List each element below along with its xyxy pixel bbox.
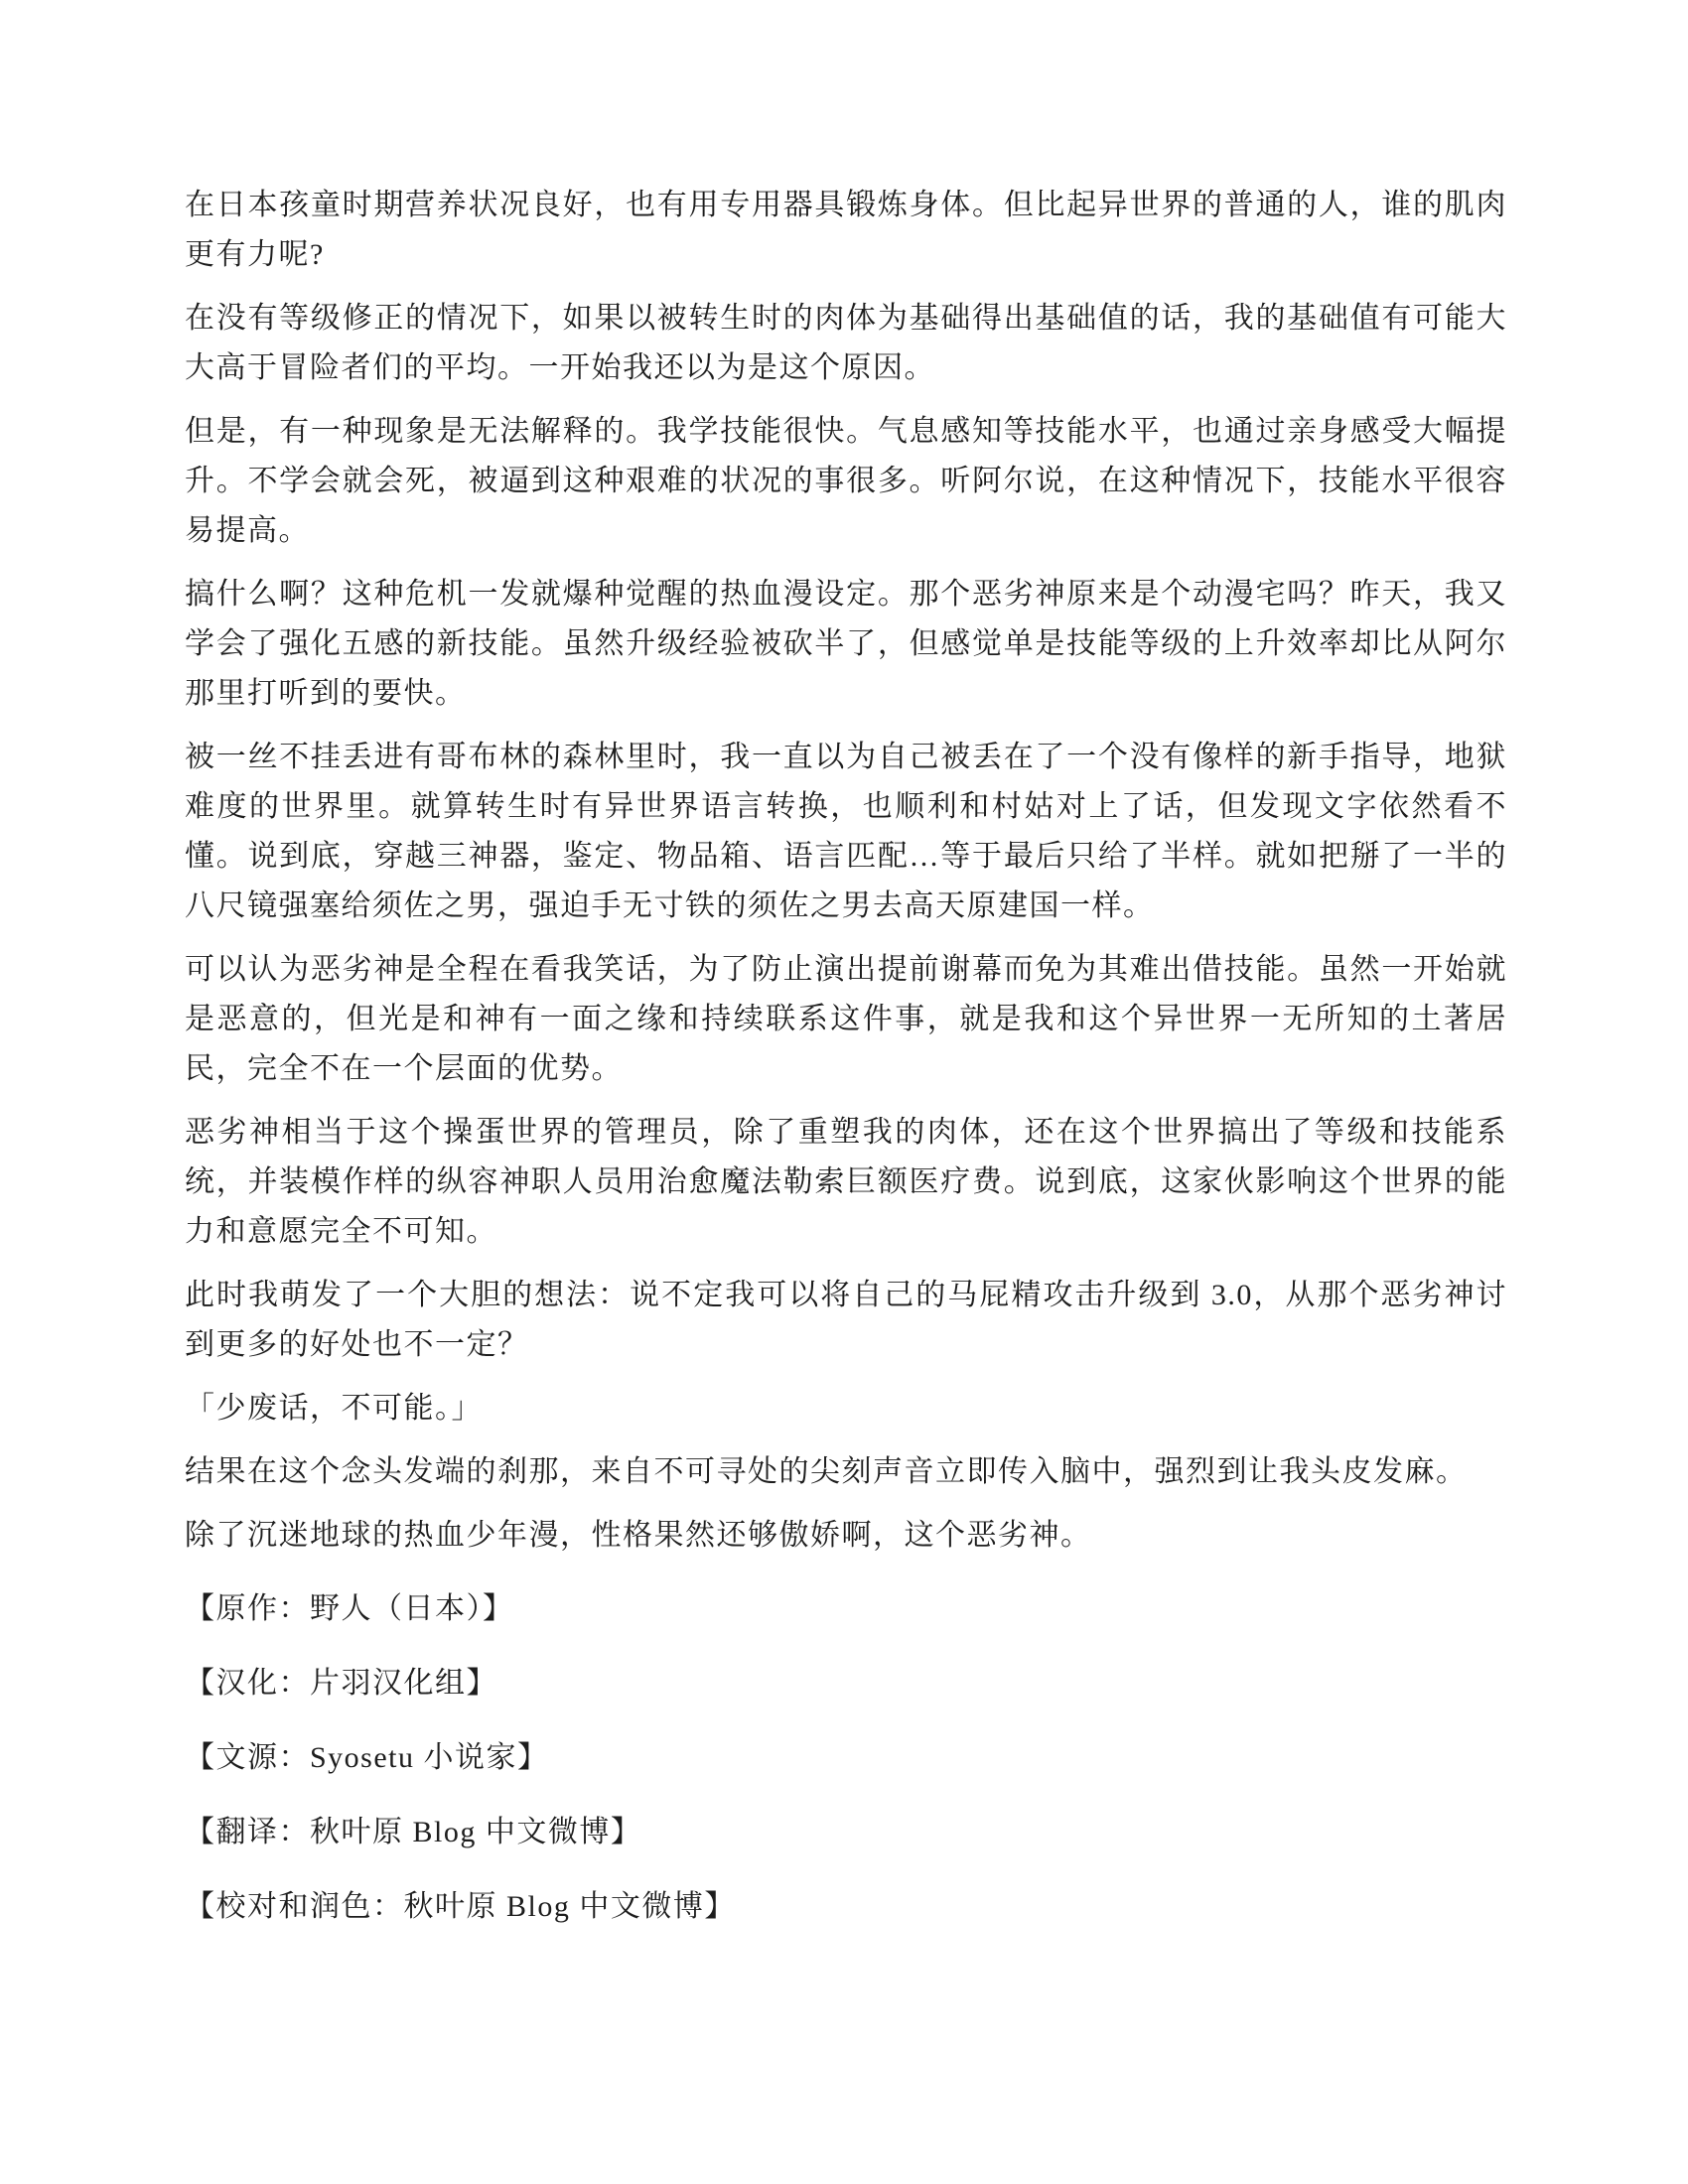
credit-line: 【文源：Syosetu 小说家】 [185, 1733, 1507, 1783]
paragraph: 可以认为恶劣神是全程在看我笑话，为了防止演出提前谢幕而免为其难出借技能。虽然一开… [185, 945, 1507, 1094]
paragraph: 「少废话，不可能。」 [185, 1384, 1507, 1433]
credit-line: 【校对和润色：秋叶原 Blog 中文微博】 [185, 1882, 1507, 1932]
paragraph: 此时我萌发了一个大胆的想法：说不定我可以将自己的马屁精攻击升级到 3.0，从那个… [185, 1271, 1507, 1370]
credit-line: 【原作：野人（日本）】 [185, 1584, 1507, 1634]
paragraph: 搞什么啊？这种危机一发就爆种觉醒的热血漫设定。那个恶劣神原来是个动漫宅吗？昨天，… [185, 570, 1507, 719]
credit-line: 【翻译：秋叶原 Blog 中文微博】 [185, 1808, 1507, 1857]
paragraph: 但是，有一种现象是无法解释的。我学技能很快。气息感知等技能水平，也通过亲身感受大… [185, 407, 1507, 556]
credit-line: 【汉化：片羽汉化组】 [185, 1659, 1507, 1708]
document-page: 在日本孩童时期营养状况良好，也有用专用器具锻炼身体。但比起异世界的普通的人，谁的… [0, 0, 1688, 2184]
novel-body-text: 在日本孩童时期营养状况良好，也有用专用器具锻炼身体。但比起异世界的普通的人，谁的… [185, 181, 1507, 1561]
credits-block: 【原作：野人（日本）】【汉化：片羽汉化组】【文源：Syosetu 小说家】【翻译… [185, 1584, 1507, 1932]
paragraph: 在日本孩童时期营养状况良好，也有用专用器具锻炼身体。但比起异世界的普通的人，谁的… [185, 181, 1507, 280]
paragraph: 结果在这个念头发端的刹那，来自不可寻处的尖刻声音立即传入脑中，强烈到让我头皮发麻… [185, 1447, 1507, 1497]
paragraph: 在没有等级修正的情况下，如果以被转生时的肉体为基础得出基础值的话，我的基础值有可… [185, 294, 1507, 393]
paragraph: 恶劣神相当于这个操蛋世界的管理员，除了重塑我的肉体，还在这个世界搞出了等级和技能… [185, 1108, 1507, 1257]
paragraph: 被一丝不挂丢进有哥布林的森林里时，我一直以为自己被丢在了一个没有像样的新手指导，… [185, 733, 1507, 931]
paragraph: 除了沉迷地球的热血少年漫，性格果然还够傲娇啊，这个恶劣神。 [185, 1511, 1507, 1561]
